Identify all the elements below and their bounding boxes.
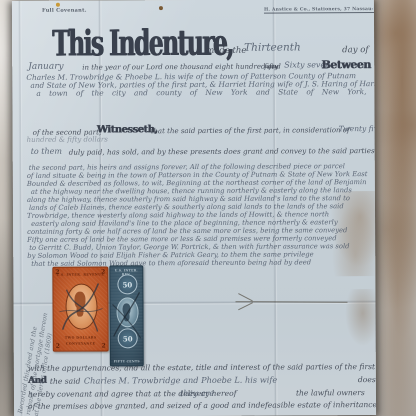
granting-printed: duly paid, has sold, and by these presen… <box>69 146 376 157</box>
foxing-stain <box>343 289 375 349</box>
they-are-handwritten: they are <box>180 388 214 398</box>
month-handwritten: January <box>28 62 63 72</box>
day-handwritten: Thirteenth <box>244 41 301 53</box>
grantor-names-handwritten: Charles M. Trowbridge and Phoebe L. his … <box>84 375 277 386</box>
closing-line-1: with the appurtenances, and all the esta… <box>28 362 376 373</box>
does-word: does <box>358 375 376 384</box>
ink-spot <box>159 6 163 10</box>
ink-spot <box>56 3 60 7</box>
form-type-label: Full Covenant. <box>42 8 87 14</box>
made-the-text: made the <box>206 46 246 56</box>
printer-imprint: H. Anstice & Co., Stationers, 37 Nassau-… <box>264 7 376 14</box>
closing-line-4: of the premises above granted, and seize… <box>28 400 376 411</box>
lawful-owners-printed: the lawful owners <box>296 388 365 397</box>
closing-line-3: hereby covenant and agree that at the de… <box>28 387 374 401</box>
consideration-handwritten: Twenty five <box>339 124 377 133</box>
year-printed-text: in the year of our Lord one thousand eig… <box>82 63 281 72</box>
closing-line-2: And the said Charles M. Trowbridge and P… <box>28 374 374 388</box>
the-said-text: the said <box>50 377 81 386</box>
photograph-of-deed: Full Covenant. H. Anstice & Co., Station… <box>0 0 416 416</box>
consideration-handwritten-faint: hundred & fifty dollars <box>27 135 108 143</box>
backdrop-stain-streaks <box>370 0 416 416</box>
witnesseth-word: Witnesseth, <box>97 124 158 135</box>
deed-title: This Indenture, <box>52 23 233 65</box>
year-struck-text: fifty <box>264 63 278 71</box>
day-of-text: day of <box>342 45 368 55</box>
edge-crease <box>18 1 24 416</box>
document-paper: Full Covenant. H. Anstice & Co., Station… <box>12 0 376 416</box>
between-word: Between <box>321 58 370 71</box>
pen-cancel-mark <box>110 266 143 365</box>
parties-handwriting-line: a town of the city and county of New Yor… <box>36 87 376 98</box>
revenue-stamp-fifty-cents: U.S. INTER. REV. 50 50 FIFTY CENTS <box>109 265 144 366</box>
witnesseth-rest: that the said parties of the first part,… <box>151 126 350 135</box>
granting-handwritten-start: to them <box>31 147 62 156</box>
